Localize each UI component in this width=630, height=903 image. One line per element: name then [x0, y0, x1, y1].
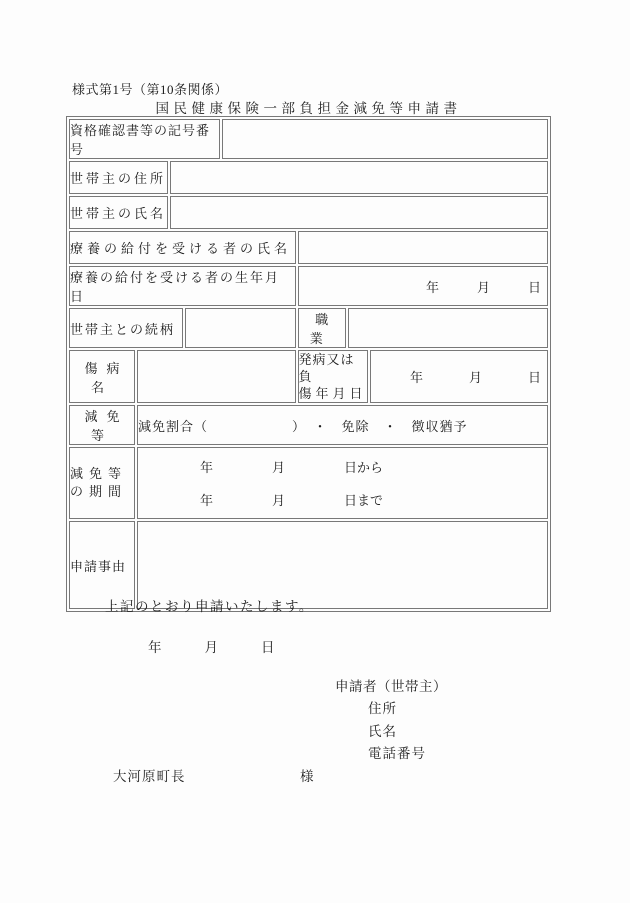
onset-month-unit: 月 [469, 367, 482, 386]
certificate-number-label: 資格確認書等の記号番号 [69, 119, 220, 159]
period-to-day-unit: 日まで [344, 490, 383, 509]
signature-date: 年 月 日 [148, 636, 275, 656]
certificate-number-row: 資格確認書等の記号番号 [69, 119, 548, 159]
householder-address-field [170, 161, 548, 194]
addressee-row: 大河原町長 様 [113, 765, 186, 785]
addressee-name: 大河原町長 [113, 769, 186, 784]
onset-day-unit: 日 [528, 367, 541, 386]
birthdate-day-unit: 日 [528, 277, 541, 296]
onset-date-field: 年 月 日 [370, 350, 548, 403]
sign-day-unit: 日 [261, 636, 275, 656]
householder-address-row: 世帯主の住所 [69, 161, 548, 194]
page-title: 国民健康保険一部負担金減免等申請書 [66, 97, 551, 117]
occupation-field [348, 308, 548, 348]
onset-year-unit: 年 [410, 367, 423, 386]
sign-month-unit: 月 [205, 636, 219, 656]
householder-address-label: 世帯主の住所 [69, 161, 168, 194]
period-from-year-unit: 年 [200, 457, 213, 476]
householder-name-label: 世帯主の氏名 [69, 196, 168, 229]
relation-occupation-row: 世帯主との続柄 職業 [69, 308, 548, 348]
householder-name-field [170, 196, 548, 229]
disease-row: 傷病名 発病又は負 傷年月日 年 月 日 [69, 350, 548, 403]
period-from-day-unit: 日から [344, 457, 383, 476]
recipient-name-label: 療養の給付を受ける者の氏名 [69, 231, 296, 264]
application-form-page: 様式第1号（第10条関係） 国民健康保険一部負担金減免等申請書 資格確認書等の記… [0, 0, 630, 903]
recipient-birthdate-row: 療養の給付を受ける者の生年月日 年 月 日 [69, 266, 548, 306]
householder-name-row: 世帯主の氏名 [69, 196, 548, 229]
reduction-period-row: 減免等 の期間 年 月 日から 年 月 日まで [69, 447, 548, 519]
recipient-name-row: 療養の給付を受ける者の氏名 [69, 231, 548, 264]
sign-year-unit: 年 [148, 636, 162, 656]
recipient-birthdate-field: 年 月 日 [298, 266, 548, 306]
period-field: 年 月 日から 年 月 日まで [137, 447, 548, 519]
birthdate-month-unit: 月 [477, 277, 490, 296]
addressee-honorific: 様 [300, 765, 315, 785]
period-from-month-unit: 月 [272, 457, 285, 476]
relation-label: 世帯主との続柄 [69, 308, 183, 348]
onset-date-label: 発病又は負 傷年月日 [298, 350, 368, 403]
recipient-birthdate-label: 療養の給付を受ける者の生年月日 [69, 266, 296, 306]
birthdate-year-unit: 年 [426, 277, 439, 296]
applicant-phone-label: 電話番号 [368, 743, 426, 766]
declaration-text: 上記のとおり申請いたします。 [105, 595, 314, 615]
applicant-name-label: 氏名 [368, 721, 426, 744]
application-form-table: 資格確認書等の記号番号 世帯主の住所 世帯主の氏名 療養の給付を受ける者の氏名 … [66, 116, 551, 612]
period-label: 減免等 の期間 [69, 447, 135, 519]
reduction-type-row: 減免等 減免割合（ ） ・ 免除 ・ 徴収猶予 [69, 405, 548, 445]
certificate-number-field [222, 119, 548, 159]
recipient-name-field [298, 231, 548, 264]
period-to-year-unit: 年 [200, 490, 213, 509]
reduction-options: 減免割合（ ） ・ 免除 ・ 徴収猶予 [137, 405, 548, 445]
disease-name-label: 傷病名 [69, 350, 135, 403]
applicant-fields: 住所 氏名 電話番号 [368, 698, 426, 766]
disease-name-field [137, 350, 296, 403]
period-to-month-unit: 月 [272, 490, 285, 509]
form-number: 様式第1号（第10条関係） [72, 79, 228, 98]
occupation-label: 職業 [298, 308, 346, 348]
reduction-label: 減免等 [69, 405, 135, 445]
relation-field [185, 308, 295, 348]
applicant-address-label: 住所 [368, 698, 426, 721]
applicant-label: 申請者（世帯主） [335, 675, 447, 695]
